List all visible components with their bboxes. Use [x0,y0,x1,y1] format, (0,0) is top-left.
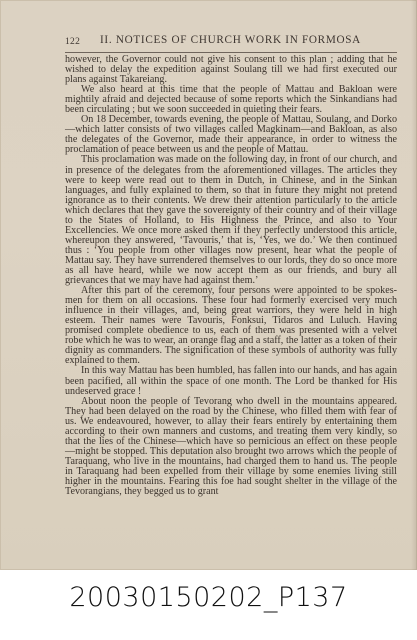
body-text: however, the Governor could not give his… [65,55,397,497]
paragraph: In this way Mattau has been humbled, has… [65,366,397,396]
scanned-page: 122 II. NOTICES OF CHURCH WORK IN FORMOS… [0,0,417,570]
image-id-caption: 20030150202_P137 [0,582,417,613]
paragraph: We also heard at this time that the peop… [65,85,397,115]
paragraph: On 18 December, towards evening, the peo… [65,115,397,155]
paragraph: This proclamation was made on the follow… [65,155,397,286]
paragraph: however, the Governor could not give his… [65,55,397,85]
header-rule [65,52,397,53]
running-title: II. NOTICES OF CHURCH WORK IN FORMOSA [100,34,361,46]
paragraph: After this part of the ceremony, four pe… [65,286,397,366]
paragraph: About noon the people of Tevorang who dw… [65,397,397,497]
page-number: 122 [65,37,80,47]
